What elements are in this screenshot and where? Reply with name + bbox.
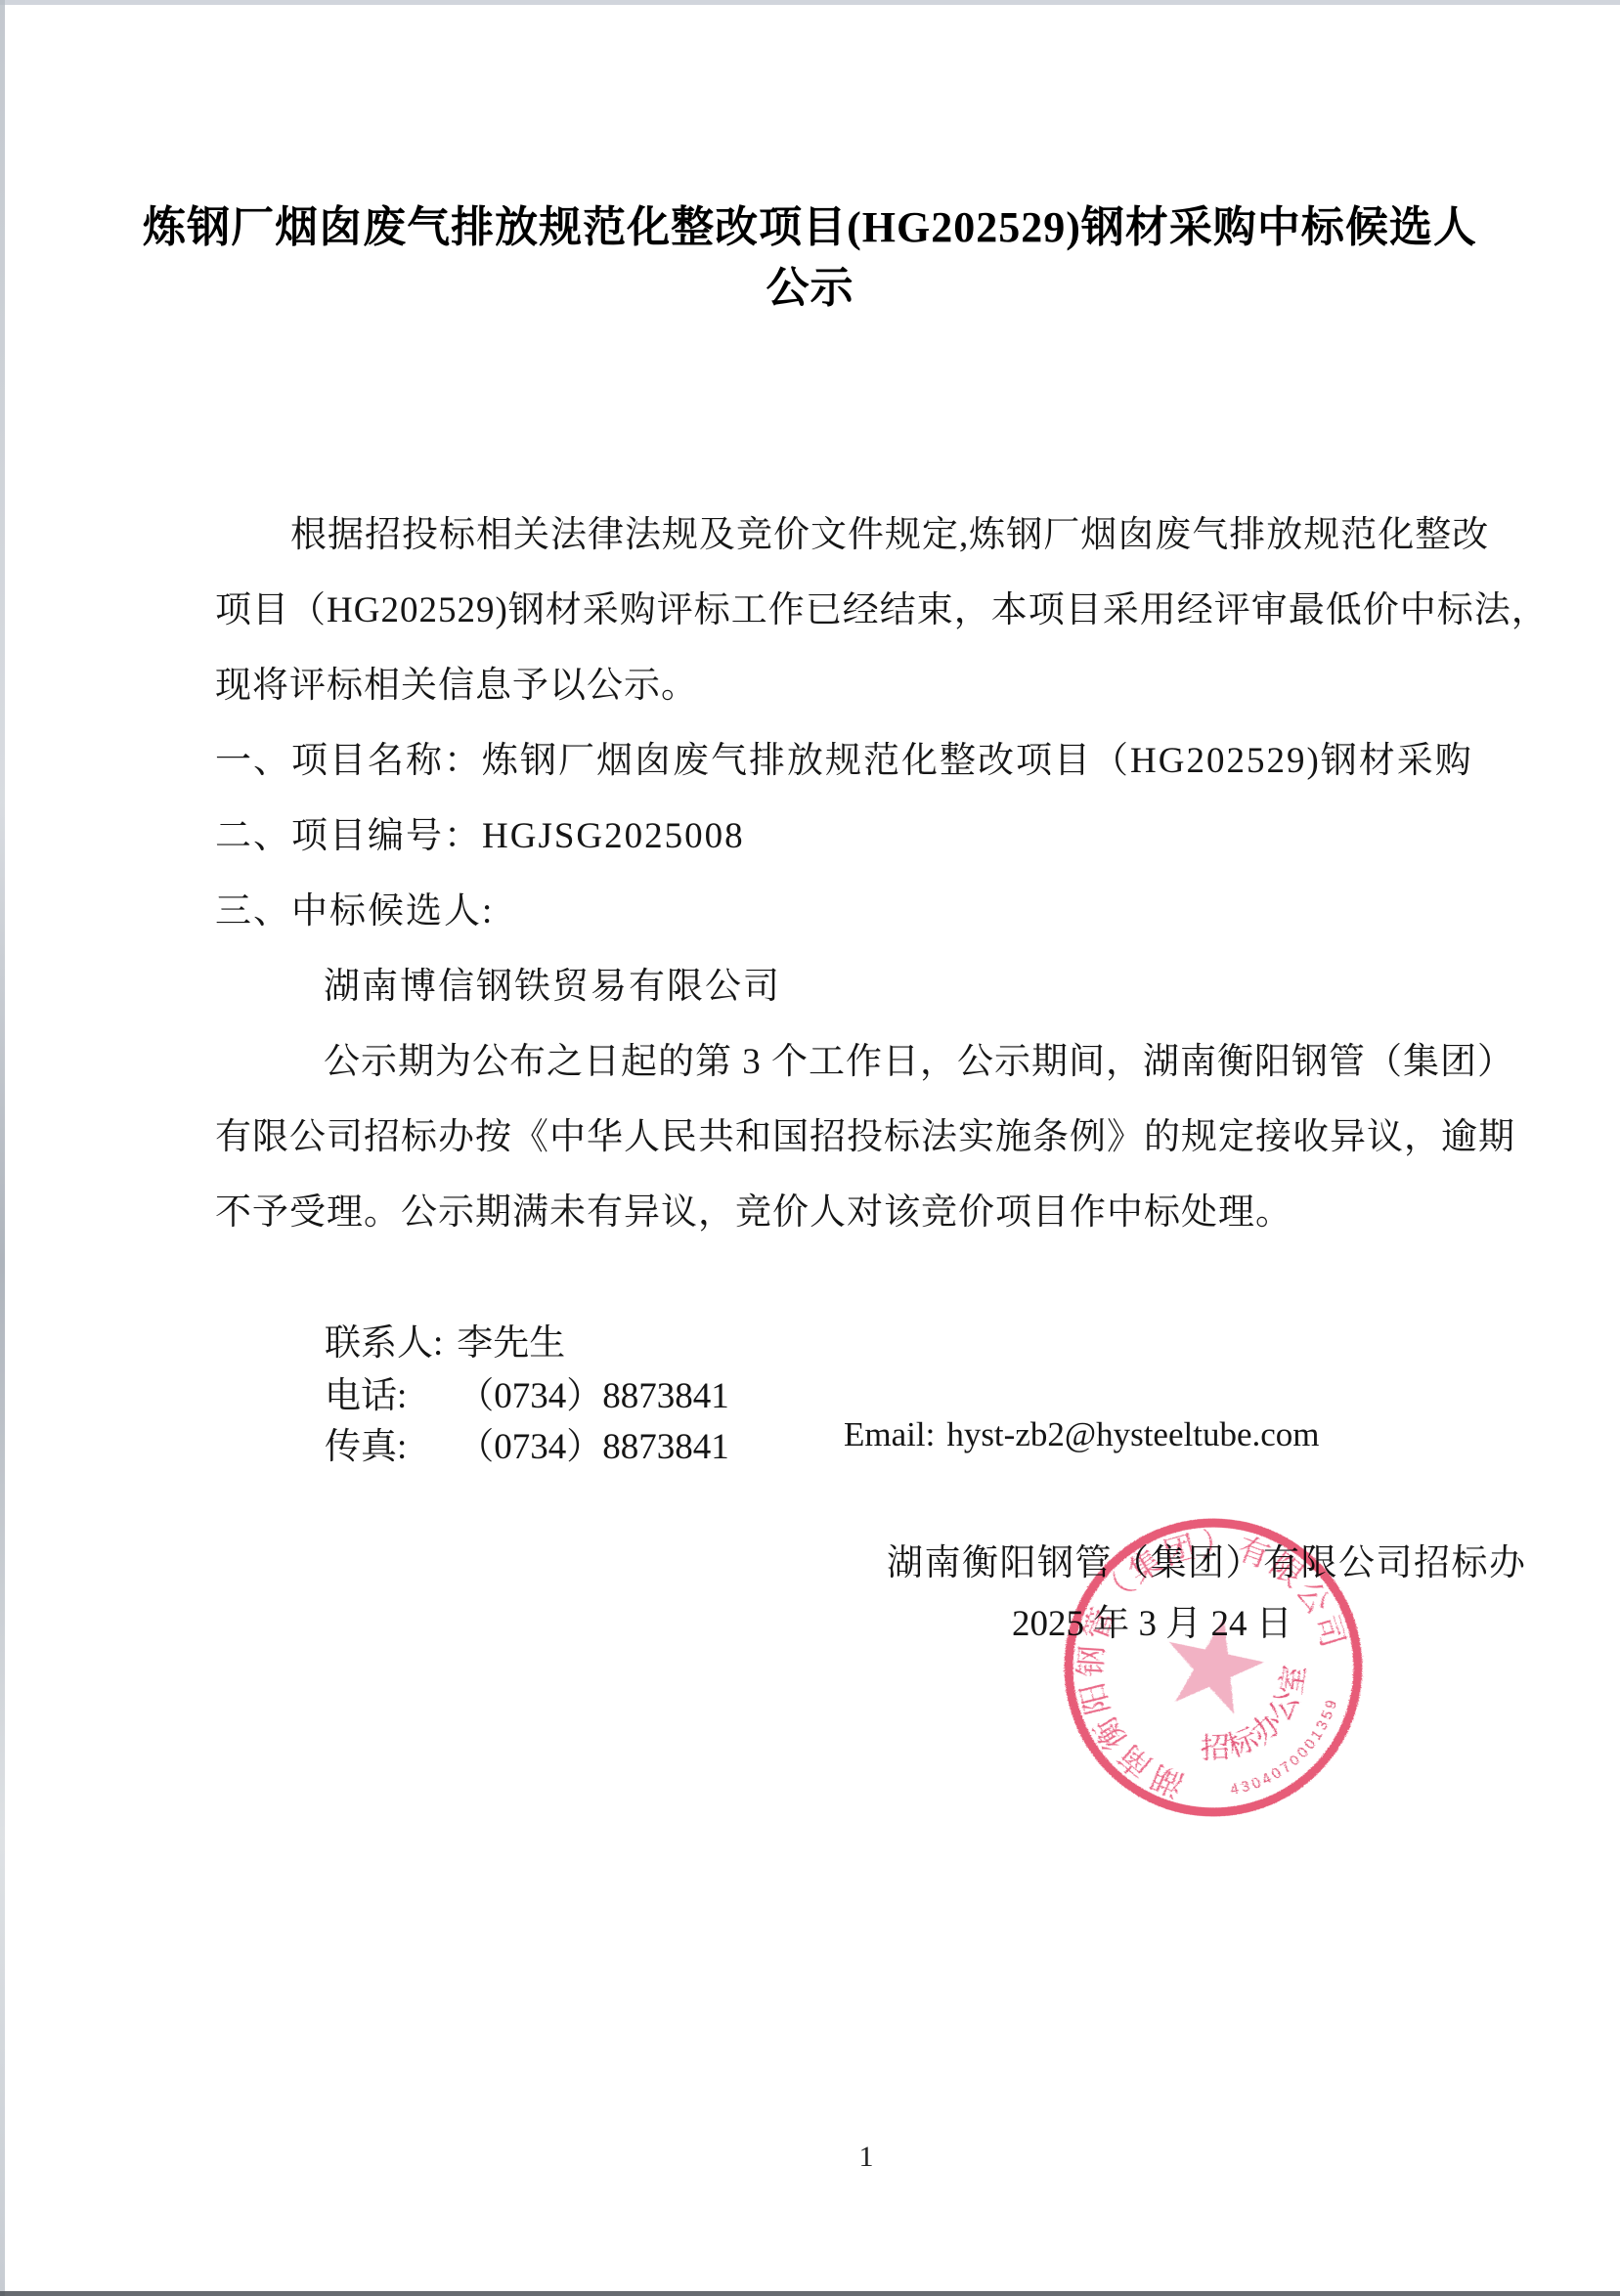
page-number: 1 bbox=[859, 2141, 874, 2174]
contact-email-label: Email: bbox=[844, 1415, 935, 1453]
list-item-project-number: 二、项目编号：HGJSG2025008 bbox=[215, 816, 745, 858]
document-page: 炼钢厂烟囱废气排放规范化整改项目(HG202529)钢材采购中标候选人 公示 根… bbox=[0, 0, 1620, 2296]
paragraph1-line3: 现将评标相关信息予以公示。 bbox=[215, 666, 698, 708]
winning-candidate-name: 湖南博信钢铁贸易有限公司 bbox=[324, 967, 781, 1009]
paragraph2-line3: 不予受理。公示期满未有异议，竞价人对该竞价项目作中标处理。 bbox=[215, 1192, 1292, 1235]
paragraph2-line2: 有限公司招标办按《中华人民共和国招投标法实施条例》的规定接收异议，逾期 bbox=[215, 1117, 1515, 1159]
document-title-line2: 公示 bbox=[0, 252, 1620, 315]
signature-organization: 湖南衡阳钢管（集团）有限公司招标办 bbox=[887, 1533, 1527, 1585]
list-item-project-name: 一、项目名称：炼钢厂烟囱废气排放规范化整改项目（HG202529)钢材采购 bbox=[215, 741, 1473, 783]
svg-text:4304070001359: 4304070001359 bbox=[1222, 1689, 1356, 1814]
scan-edge-top bbox=[0, 0, 1620, 5]
contact-fax-row: 传真:（0734）8873841 bbox=[288, 1374, 729, 1511]
contact-email-row: Email:hyst-zb2@hysteeltube.com bbox=[810, 1376, 1319, 1494]
document-title-line1: 炼钢厂烟囱废气排放规范化整改项目(HG202529)钢材采购中标候选人 bbox=[0, 192, 1620, 254]
seal-office-text: 招标办公室 bbox=[1184, 1647, 1334, 1790]
seal-serial-number: 4304070001359 bbox=[1222, 1689, 1356, 1814]
contact-fax-label: 传真: bbox=[325, 1427, 407, 1467]
list-item-candidates: 三、中标候选人: bbox=[215, 891, 494, 933]
contact-fax-value: （0734）8873841 bbox=[458, 1427, 729, 1467]
scan-edge-left bbox=[0, 0, 5, 2296]
svg-text:招标办公室: 招标办公室 bbox=[1184, 1647, 1334, 1790]
paragraph1-line1: 根据招投标相关法律法规及竞价文件规定,炼钢厂烟囱废气排放规范化整改 bbox=[290, 515, 1489, 557]
scan-edge-bottom bbox=[0, 2291, 1620, 2296]
paragraph2-line1: 公示期为公布之日起的第 3 个工作日，公示期间，湖南衡阳钢管（集团） bbox=[324, 1042, 1514, 1084]
contact-email-value: hyst-zb2@hysteeltube.com bbox=[946, 1415, 1319, 1453]
signature-date: 2025 年 3 月 24 日 bbox=[1012, 1593, 1292, 1646]
paragraph1-line2: 项目（HG202529)钢材采购评标工作已经结束，本项目采用经评审最低价中标法， bbox=[215, 590, 1549, 632]
